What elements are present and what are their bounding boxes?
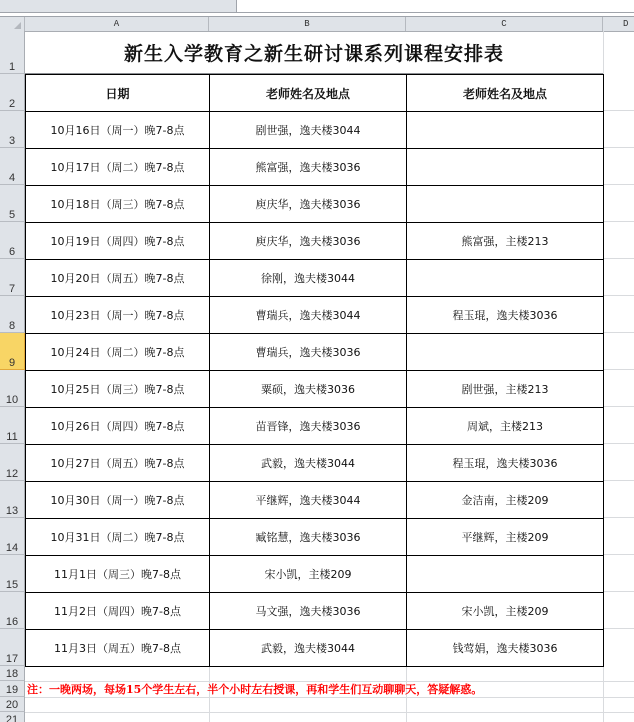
row-header-14[interactable]: 14: [0, 518, 25, 555]
gridline-d-12: [604, 480, 634, 481]
table-row: 11月3日（周五）晚7-8点 武毅，逸夫楼3044 钱莺娟，逸夫楼3036: [26, 630, 604, 667]
gridline-d-4: [604, 184, 634, 185]
gridline-d-16: [604, 628, 634, 629]
table-row: 10月16日（周一）晚7-8点 剧世强，逸夫楼3044: [26, 112, 604, 149]
gridline-d-3: [604, 147, 634, 148]
cell-date[interactable]: 10月25日（周三）晚7-8点: [26, 371, 210, 408]
row-header-20[interactable]: 20: [0, 697, 25, 712]
table-row: 10月23日（周一）晚7-8点 曹瑞兵，逸夫楼3044 程玉琨，逸夫楼3036: [26, 297, 604, 334]
header-date[interactable]: 日期: [26, 75, 210, 112]
row-header-6[interactable]: 6: [0, 222, 25, 259]
table-row: 10月26日（周四）晚7-8点 苗晋锋，逸夫楼3036 周斌，主楼213: [26, 408, 604, 445]
row-header-1[interactable]: 1: [0, 31, 25, 74]
cell-date[interactable]: 10月17日（周二）晚7-8点: [26, 149, 210, 186]
cell-session-1[interactable]: 庾庆华，逸夫楼3036: [210, 223, 407, 260]
gridline-d-15: [604, 591, 634, 592]
cell-date[interactable]: 11月3日（周五）晚7-8点: [26, 630, 210, 667]
table-row: 10月24日（周二）晚7-8点 曹瑞兵，逸夫楼3036: [26, 334, 604, 371]
cell-session-2[interactable]: 程玉琨，逸夫楼3036: [407, 445, 604, 482]
cell-session-1[interactable]: 庾庆华，逸夫楼3036: [210, 186, 407, 223]
table-row: 10月18日（周三）晚7-8点 庾庆华，逸夫楼3036: [26, 186, 604, 223]
gridline-row-19: [25, 697, 634, 698]
header-teacher-location-1[interactable]: 老师姓名及地点: [210, 75, 407, 112]
row-header-12[interactable]: 12: [0, 444, 25, 481]
cell-session-2[interactable]: [407, 260, 604, 297]
formula-bar[interactable]: [0, 0, 634, 13]
gridline-d-5: [604, 221, 634, 222]
cell-date[interactable]: 11月2日（周四）晚7-8点: [26, 593, 210, 630]
table-row: 10月27日（周五）晚7-8点 武毅，逸夫楼3044 程玉琨，逸夫楼3036: [26, 445, 604, 482]
cell-date[interactable]: 11月1日（周三）晚7-8点: [26, 556, 210, 593]
cell-session-1[interactable]: 武毅，逸夫楼3044: [210, 630, 407, 667]
gridline-d-10: [604, 406, 634, 407]
column-header-row: A B C D: [0, 17, 634, 32]
table-row: 10月30日（周一）晚7-8点 平继辉，逸夫楼3044 金洁南，主楼209: [26, 482, 604, 519]
cell-date[interactable]: 10月31日（周二）晚7-8点: [26, 519, 210, 556]
table-row: 10月25日（周三）晚7-8点 粟硕，逸夫楼3036 剧世强，主楼213: [26, 371, 604, 408]
gridline-d-7: [604, 295, 634, 296]
cell-date[interactable]: 10月19日（周四）晚7-8点: [26, 223, 210, 260]
row-header-4[interactable]: 4: [0, 148, 25, 185]
cell-session-1[interactable]: 粟硕，逸夫楼3036: [210, 371, 407, 408]
cell-session-1[interactable]: 曹瑞兵，逸夫楼3036: [210, 334, 407, 371]
cell-date[interactable]: 10月16日（周一）晚7-8点: [26, 112, 210, 149]
table-row: 11月2日（周四）晚7-8点 马文强，逸夫楼3036 宋小凯，主楼209: [26, 593, 604, 630]
row-header-9-active[interactable]: 9: [0, 333, 25, 370]
table-row: 10月20日（周五）晚7-8点 徐刚，逸夫楼3044: [26, 260, 604, 297]
cell-date[interactable]: 10月24日（周二）晚7-8点: [26, 334, 210, 371]
row-header-18[interactable]: 18: [0, 666, 25, 681]
row-header-8[interactable]: 8: [0, 296, 25, 333]
column-header-d[interactable]: D: [603, 17, 634, 31]
schedule-table: 日期 老师姓名及地点 老师姓名及地点 10月16日（周一）晚7-8点 剧世强，逸…: [25, 74, 604, 667]
row-header-2[interactable]: 2: [0, 74, 25, 111]
gridline-d-9: [604, 369, 634, 370]
row-header-11[interactable]: 11: [0, 407, 25, 444]
cell-session-2[interactable]: 程玉琨，逸夫楼3036: [407, 297, 604, 334]
table-header-row: 日期 老师姓名及地点 老师姓名及地点: [26, 75, 604, 112]
cell-session-1[interactable]: 宋小凯，主楼209: [210, 556, 407, 593]
cell-session-2[interactable]: [407, 112, 604, 149]
cell-session-2[interactable]: 钱莺娟，逸夫楼3036: [407, 630, 604, 667]
header-teacher-location-2[interactable]: 老师姓名及地点: [407, 75, 604, 112]
table-row: 10月17日（周二）晚7-8点 熊富强，逸夫楼3036: [26, 149, 604, 186]
row-header-13[interactable]: 13: [0, 481, 25, 518]
cell-session-2[interactable]: 熊富强，主楼213: [407, 223, 604, 260]
column-header-c[interactable]: C: [406, 17, 603, 31]
cell-session-1[interactable]: 剧世强，逸夫楼3044: [210, 112, 407, 149]
cell-session-1[interactable]: 曹瑞兵，逸夫楼3044: [210, 297, 407, 334]
gridline-d-8: [604, 332, 634, 333]
column-header-b[interactable]: B: [209, 17, 406, 31]
row-header-15[interactable]: 15: [0, 555, 25, 592]
row-header-16[interactable]: 16: [0, 592, 25, 629]
row-header-7[interactable]: 7: [0, 259, 25, 296]
cell-session-2[interactable]: [407, 556, 604, 593]
select-all-corner[interactable]: [0, 17, 25, 31]
gridline-d-13: [604, 517, 634, 518]
row-header-17[interactable]: 17: [0, 629, 25, 666]
row-header-19[interactable]: 19: [0, 681, 25, 697]
cell-date[interactable]: 10月26日（周四）晚7-8点: [26, 408, 210, 445]
row-header-10[interactable]: 10: [0, 370, 25, 407]
cell-session-2[interactable]: [407, 149, 604, 186]
cell-session-1[interactable]: 马文强，逸夫楼3036: [210, 593, 407, 630]
gridline-row-20: [25, 712, 634, 713]
table-row: 10月19日（周四）晚7-8点 庾庆华，逸夫楼3036 熊富强，主楼213: [26, 223, 604, 260]
cell-session-2[interactable]: [407, 186, 604, 223]
cell-session-2[interactable]: 剧世强，主楼213: [407, 371, 604, 408]
gridline-d-11: [604, 443, 634, 444]
row-header-3[interactable]: 3: [0, 111, 25, 148]
cell-session-2[interactable]: 平继辉，主楼209: [407, 519, 604, 556]
cell-date[interactable]: 10月23日（周一）晚7-8点: [26, 297, 210, 334]
cell-date[interactable]: 10月30日（周一）晚7-8点: [26, 482, 210, 519]
row-header-5[interactable]: 5: [0, 185, 25, 222]
cell-session-1[interactable]: 苗晋锋，逸夫楼3036: [210, 408, 407, 445]
gridline-d-6: [604, 258, 634, 259]
table-row: 10月31日（周二）晚7-8点 臧铭慧，逸夫楼3036 平继辉，主楼209: [26, 519, 604, 556]
cell-session-1[interactable]: 武毅，逸夫楼3044: [210, 445, 407, 482]
cell-session-1[interactable]: 熊富强，逸夫楼3036: [210, 149, 407, 186]
cell-session-1[interactable]: 徐刚，逸夫楼3044: [210, 260, 407, 297]
table-row: 11月1日（周三）晚7-8点 宋小凯，主楼209: [26, 556, 604, 593]
row-header-21[interactable]: 21: [0, 712, 25, 722]
cell-date[interactable]: 10月27日（周五）晚7-8点: [26, 445, 210, 482]
gridline-d-14: [604, 554, 634, 555]
footnote[interactable]: 注：一晚两场，每场15个学生左右，半个小时左右授课，再和学生们互动聊聊天，答疑解…: [27, 682, 482, 697]
cell-session-1[interactable]: 平继辉，逸夫楼3044: [210, 482, 407, 519]
cell-session-2[interactable]: 金洁南，主楼209: [407, 482, 604, 519]
cell-session-1[interactable]: 臧铭慧，逸夫楼3036: [210, 519, 407, 556]
name-box[interactable]: [0, 0, 237, 12]
sheet-title[interactable]: 新生入学教育之新生研讨课系列课程安排表: [25, 31, 603, 74]
cell-session-2[interactable]: 周斌，主楼213: [407, 408, 604, 445]
column-header-a[interactable]: A: [25, 17, 209, 31]
gridline-d-2: [604, 110, 634, 111]
cell-session-2[interactable]: [407, 334, 604, 371]
cell-date[interactable]: 10月18日（周三）晚7-8点: [26, 186, 210, 223]
cell-session-2[interactable]: 宋小凯，主楼209: [407, 593, 604, 630]
cell-date[interactable]: 10月20日（周五）晚7-8点: [26, 260, 210, 297]
